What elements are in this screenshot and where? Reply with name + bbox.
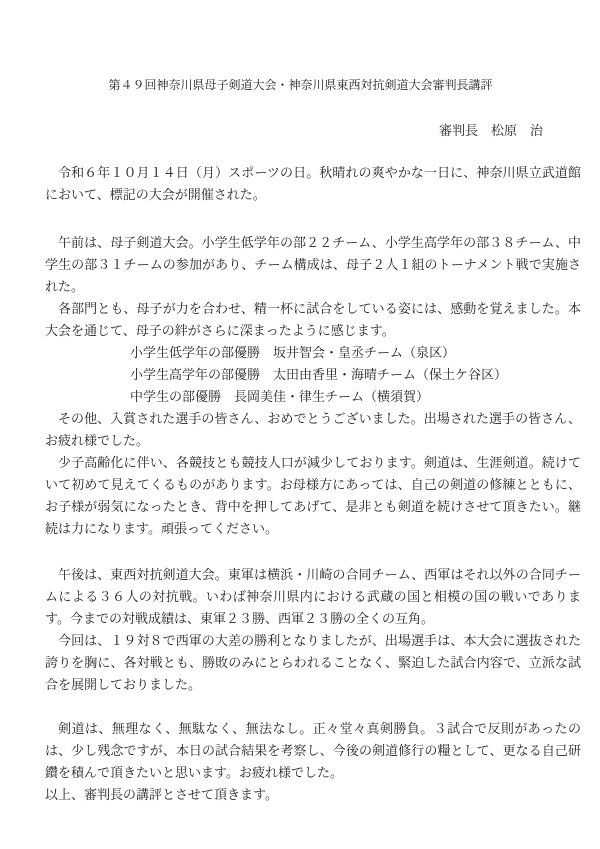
winner-line-junior-high: 中学生の部優勝 長岡美佳・律生チーム（横須賀）: [45, 386, 581, 408]
referee-signature: 審判長 松原 治: [45, 120, 543, 142]
document-page: 第４９回神奈川県母子剣道大会・神奈川県東西対抗剣道大会審判長講評 審判長 松原 …: [0, 0, 600, 849]
paragraph-teams-impression: 各部門とも、母子が力を合わせ、精一杯に試合をしている姿には、感動を覚えました。本…: [45, 298, 581, 342]
winner-line-elementary-lower: 小学生低学年の部優勝 坂井智会・皇丞チーム（泉区）: [45, 342, 581, 364]
paragraph-lifelong-kendo: 少子高齢化に伴い、各競技とも競技人口が減少しております。剣道は、生涯剣道。続けて…: [45, 452, 581, 540]
paragraph-morning-overview: 午前は、母子剣道大会。小学生低学年の部２２チーム、小学生高学年の部３８チーム、中…: [45, 232, 581, 298]
page-title: 第４９回神奈川県母子剣道大会・神奈川県東西対抗剣道大会審判長講評: [45, 74, 556, 96]
paragraph-match-result: 今回は、１９対８で西軍の大差の勝利となりましたが、出場選手は、本大会に選抜された…: [45, 630, 581, 696]
closing-line: 以上、審判長の講評とさせて頂きます。: [45, 784, 581, 806]
paragraph-opening-date: 令和６年１０月１４日（月）スポーツの日。秋晴れの爽やかな一日に、神奈川県立武道館…: [45, 162, 581, 206]
paragraph-congrats: その他、入賞された選手の皆さん、おめでとうございました。出場された選手の皆さん、…: [45, 408, 581, 452]
spacer: [45, 540, 581, 564]
spacer: [45, 142, 581, 162]
paragraph-kendo-philosophy: 剣道は、無理なく、無駄なく、無法なし。正々堂々真剣勝負。３試合で反則があったのは…: [45, 718, 581, 784]
spacer: [45, 206, 581, 232]
spacer: [45, 696, 581, 718]
paragraph-afternoon-overview: 午後は、東西対抗剣道大会。東軍は横浜・川崎の合同チーム、西軍はそれ以外の合同チー…: [45, 564, 581, 630]
winner-line-elementary-upper: 小学生高学年の部優勝 太田由香里・海晴チーム（保土ケ谷区）: [45, 364, 581, 386]
